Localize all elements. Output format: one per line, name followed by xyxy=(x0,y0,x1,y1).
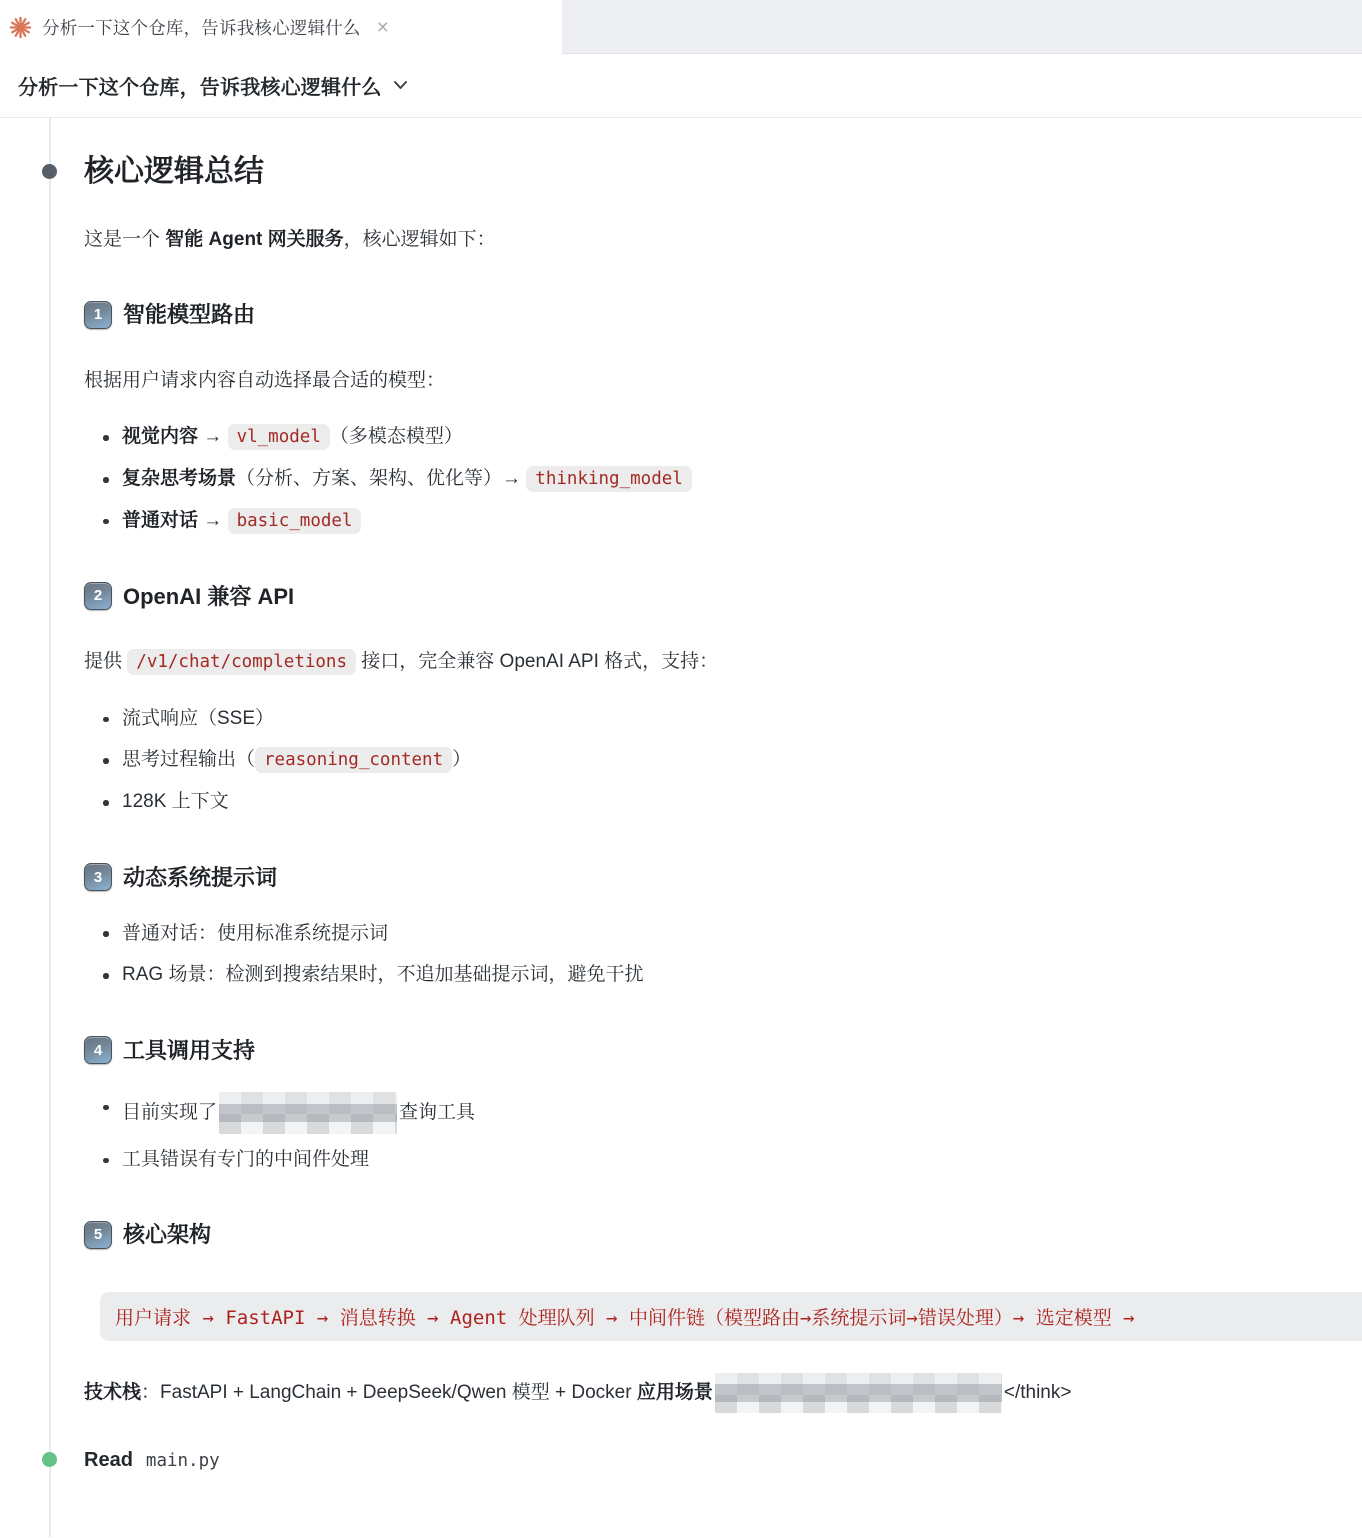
intro-paragraph: 这是一个 智能 Agent 网关服务，核心逻辑如下： xyxy=(84,225,1322,255)
bullet-list: 目前实现了查询工具 工具错误有专门的中间件处理 xyxy=(84,1092,1322,1176)
close-icon[interactable]: × xyxy=(377,17,389,38)
assistant-message: 核心逻辑总结 这是一个 智能 Agent 网关服务，核心逻辑如下： 1 智能模型… xyxy=(0,152,1362,1472)
section-heading-tool-calls: 4 工具调用支持 xyxy=(84,1037,1322,1066)
tab-bar: 分析一下这个仓库，告诉我核心逻辑什么 × xyxy=(0,0,1362,54)
list-item: 流式响应（SSE） xyxy=(122,704,1322,735)
chevron-down-icon xyxy=(393,77,408,95)
tab-bar-empty-area xyxy=(562,0,1362,54)
list-item: 复杂思考场景（分析、方案、架构、优化等）→ thinking_model xyxy=(122,464,1322,495)
list-item: 工具错误有专门的中间件处理 xyxy=(122,1145,1322,1176)
section-title: 核心架构 xyxy=(123,1221,211,1250)
architecture-code-block: 用户请求 → FastAPI → 消息转换 → Agent 处理队列 → 中间件… xyxy=(100,1292,1362,1341)
tab-title: 分析一下这个仓库，告诉我核心逻辑什么 xyxy=(42,15,361,40)
section-paragraph: 提供 /v1/chat/completions 接口，完全兼容 OpenAI A… xyxy=(84,647,1322,677)
keycap-2-icon: 2 xyxy=(84,582,112,610)
list-item: 普通对话：使用标准系统提示词 xyxy=(122,919,1322,950)
conversation-title: 分析一下这个仓库，告诉我核心逻辑什么 xyxy=(18,71,382,100)
list-item: RAG 场景：检测到搜索结果时，不追加基础提示词，避免干扰 xyxy=(122,960,1322,991)
redaction-mosaic xyxy=(219,1092,397,1134)
read-file-row[interactable]: Read main.py xyxy=(84,1449,1322,1472)
conversation-header: 分析一下这个仓库，告诉我核心逻辑什么 xyxy=(0,54,1362,118)
list-item: 目前实现了查询工具 xyxy=(122,1092,1322,1134)
section-heading-core-architecture: 5 核心架构 xyxy=(84,1221,1322,1250)
section-title: OpenAI 兼容 API xyxy=(123,583,294,612)
keycap-1-icon: 1 xyxy=(84,301,112,329)
keycap-4-icon: 4 xyxy=(84,1036,112,1064)
conversation-title-dropdown[interactable]: 分析一下这个仓库，告诉我核心逻辑什么 xyxy=(18,71,408,100)
read-action-label: Read xyxy=(84,1449,133,1472)
list-item: 视觉内容 → vl_model（多模态模型） xyxy=(122,422,1322,453)
section-paragraph: 根据用户请求内容自动选择最合适的模型： xyxy=(84,366,1322,396)
section-title: 动态系统提示词 xyxy=(123,864,277,893)
bullet-list: 视觉内容 → vl_model（多模态模型） 复杂思考场景（分析、方案、架构、优… xyxy=(84,422,1322,536)
summary-heading-row: 核心逻辑总结 xyxy=(84,152,1322,191)
redaction-mosaic xyxy=(715,1373,1002,1413)
section-heading-dynamic-prompt: 3 动态系统提示词 xyxy=(84,864,1322,893)
section-title: 智能模型路由 xyxy=(123,301,255,330)
section-heading-model-routing: 1 智能模型路由 xyxy=(84,301,1322,330)
section-title: 工具调用支持 xyxy=(123,1037,255,1066)
section-heading-openai-api: 2 OpenAI 兼容 API xyxy=(84,583,1322,612)
keycap-5-icon: 5 xyxy=(84,1221,112,1249)
bullet-list: 普通对话：使用标准系统提示词 RAG 场景：检测到搜索结果时，不追加基础提示词，… xyxy=(84,919,1322,992)
read-status-bullet xyxy=(42,1452,57,1467)
list-item: 思考过程输出（reasoning_content） xyxy=(122,745,1322,776)
keycap-3-icon: 3 xyxy=(84,863,112,891)
tech-stack-paragraph: 技术栈：FastAPI + LangChain + DeepSeek/Qwen … xyxy=(84,1373,1322,1413)
list-item: 普通对话 → basic_model xyxy=(122,506,1322,537)
list-item: 128K 上下文 xyxy=(122,787,1322,818)
architecture-code: 用户请求 → FastAPI → 消息转换 → Agent 处理队列 → 中间件… xyxy=(115,1307,1135,1329)
claude-starburst-icon xyxy=(9,16,32,39)
summary-heading: 核心逻辑总结 xyxy=(84,152,1322,191)
message-scroll-area: 核心逻辑总结 这是一个 智能 Agent 网关服务，核心逻辑如下： 1 智能模型… xyxy=(0,118,1362,1537)
conversation-tab[interactable]: 分析一下这个仓库，告诉我核心逻辑什么 × xyxy=(0,0,562,54)
read-file-name: main.py xyxy=(146,1451,220,1471)
bullet-list: 流式响应（SSE） 思考过程输出（reasoning_content） 128K… xyxy=(84,704,1322,818)
timeline-bullet xyxy=(42,164,57,179)
